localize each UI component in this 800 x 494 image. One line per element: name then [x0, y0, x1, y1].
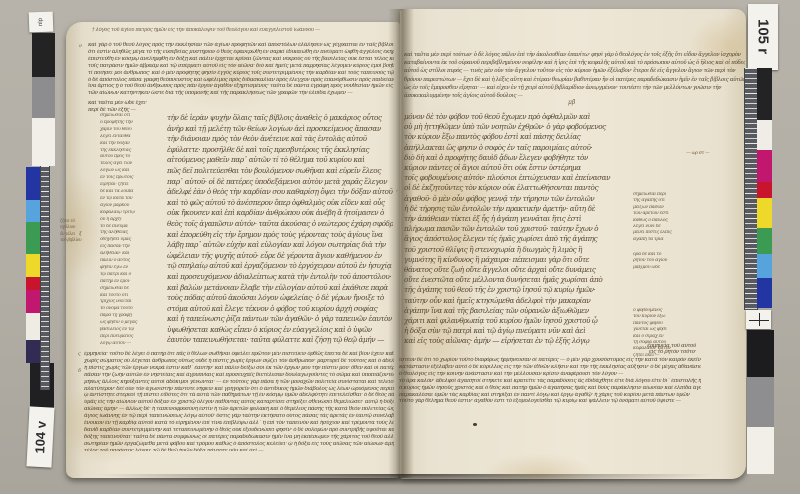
- text-line: ἐφύλαττε· προσῆλθε δὲ καὶ τοῖς πρεσβυτέρ…: [167, 145, 393, 156]
- text-line: τοῖς πατράσιν ἡμῶν ἀβραὰμ καὶ τῷ σπέρματ…: [88, 63, 394, 70]
- text-line: παρ᾽ αὐτοῦ· οἱ δὲ πατέρες ὑποδεξάμενοι α…: [167, 177, 393, 188]
- text-line: θάνατος οὔτε ζωὴ οὔτε ἄγγελοι οὔτε ἀρχαὶ…: [404, 265, 634, 275]
- right-margin-note-b: ὅρα δὲ καὶ τὸῥητὸν τοῦ ἁγίουμαξίμου ὧδε: [633, 252, 711, 273]
- color-chip: [757, 182, 772, 198]
- text-line: ἅγιος ἰωάννης ἐν τῷ περὶ ταπεινώσεως λόγ…: [84, 413, 394, 420]
- text-line: ὡς ἐν τοῖς ἔμπροσθεν εἴρηται· — καὶ εἶχε…: [404, 84, 745, 92]
- text-line: τοῦτο γὰρ θέλημα θεοῦ ἐστιν· ἀγαθόν ἐστι…: [399, 398, 701, 405]
- color-chip: [26, 200, 40, 222]
- text-line: ἀλήθειαν· καὶ: [100, 251, 170, 258]
- text-line: ἡ πίστις χωρὶς τῶν ἔργων νεκρά ἐστιν καθ…: [84, 365, 394, 372]
- text-line: τὸ δὲ πνεῦμα: [100, 224, 170, 231]
- text-line: καὶ τὸ φῶς αὐτοῦ τὸ ἀνέσπερον ὅπερ ὀφθαλ…: [167, 198, 393, 209]
- text-line: ὅτι ἐστὶν ἀληθῶς μέγα τὸ τῆς εὐσεβείας μ…: [88, 49, 394, 56]
- text-line: δαυὶδ καρδίαν συντετριμμένην καὶ τεταπει…: [84, 427, 394, 434]
- text-line: ταύτην οὖν καὶ ἡμεῖς κτησώμεθα ἀδελφοὶ τ…: [404, 296, 634, 306]
- text-line: καὶ ταῦτα μὲν περὶ τούτων· ὁ δὲ λόγος πά…: [404, 51, 745, 59]
- text-line: διὸ δὴ καὶ ὁ προφήτης δαυὶδ ᾄδων ἔλεγεν …: [404, 153, 634, 163]
- text-line: δόξης ταπεινοῦται· ταῦτα δὲ πάντα συμφών…: [84, 434, 394, 441]
- color-chip: [32, 33, 55, 77]
- text-line: χάριν τοῦ θεοῦ: [100, 127, 170, 134]
- color-chip: [747, 427, 774, 474]
- text-line: τὴν ἀπάθειαν τίκτει ἐξ ἧς ἡ ἀγάπη γεννᾶτ…: [404, 214, 634, 224]
- text-line: καὶ τὴν δόξαν: [100, 141, 170, 148]
- text-line: οὔτε ἐνεστῶτα οὔτε μέλλοντα δυνήσεται ἡμ…: [404, 275, 634, 285]
- text-line: τῷ πατρὶ καὶ ὁ: [100, 272, 170, 279]
- ink-dot: [473, 423, 477, 426]
- text-line: πλατύτερον· δεῖ οὖν τὸν ἀγωνιστὴν πάντοτ…: [84, 386, 394, 393]
- left-page-top-commentary: καὶ γὰρ ὁ τοῦ θεοῦ λόγος πρὸς τὴν ἐκκλησ…: [88, 42, 394, 100]
- text-line: εἰς τὸ ῥητὸν τοῦτο·: [612, 349, 696, 355]
- text-line: αὐτοῦ ὡς στῦλοι πυρός — τινὲς μὲν οὖν τὸ…: [404, 67, 745, 75]
- text-line: πατὴρ ἐν ἐμοί·: [100, 279, 170, 286]
- registration-crosshair: [746, 310, 771, 329]
- text-line: ὁ δὲ ἀπόστολος πᾶσα γραφὴ θεόπνευστος κα…: [88, 77, 394, 84]
- text-line: ὥς φησιν ὁ μέγας: [100, 320, 170, 327]
- text-line: μαξίμου ὧδε: [633, 265, 711, 271]
- left-page-top-commentary-tail: καὶ ταῦτα μὲν ὧδε ἔχει·περὶ δὲ τῶν ἑξῆς …: [88, 100, 208, 114]
- section-number-mark: μβ: [568, 99, 575, 106]
- text-line: ὁ κύριος ἡμῶν ἰησοῦς χριστὸς καὶ ὁ θεὸς …: [399, 385, 701, 392]
- text-line: ἐν τῷ κατὰ τὸν: [100, 196, 170, 203]
- text-line: παρὰ τῇ γραφῇ: [100, 313, 170, 320]
- text-line: τῷ σπηλαίῳ αὐτοῦ καὶ ἐργαζόμενον τὸ ἐργό…: [167, 261, 393, 272]
- text-line: ὁδηγήσει ὑμᾶς: [100, 237, 170, 244]
- text-line: τῆς ἀγάπης τοῦ θεοῦ τῆς ἐν χριστῷ ἰησοῦ …: [404, 285, 634, 295]
- text-line: τῆς ἐκκλησίας: [100, 148, 170, 155]
- text-line: φησὶν ἐγὼ ἐν: [100, 265, 170, 272]
- folio-label-recto: 105 r: [748, 4, 778, 70]
- text-line: τοῖς φοβουμένοις αὐτόν· πλούσιοι ἐπτώχευ…: [404, 173, 634, 183]
- text-line: ἡ δόξα σὺν τῷ πατρὶ καὶ τῷ ἁγίῳ πνεύματι…: [404, 326, 634, 336]
- text-line: τοῦ βιβλίου: [60, 237, 100, 243]
- text-line: σημείωσαι δὲ: [100, 286, 170, 293]
- text-line: ἀγάπη τὰ τρία: [633, 237, 741, 243]
- color-chips-left: [26, 167, 40, 363]
- color-chip: [757, 254, 772, 278]
- text-line: τί ποιήσει μοι ἄνθρωπος· καὶ ὁ μὲν προφή…: [88, 70, 394, 77]
- grayscale-chips-left: [32, 33, 55, 166]
- text-line: ἐπιστεύθη ἐν κόσμῳ ἀνελήμφθη ἐν δόξῃ καὶ…: [88, 56, 394, 63]
- text-line: καταβαίνοντα ἐκ τοῦ οὐρανοῦ περιβεβλημέν…: [404, 59, 745, 67]
- text-line: μόνον δὲ τὸν φόβον τοῦ θεοῦ ἔχωμεν πρὸ ὀ…: [404, 112, 634, 122]
- book-bottom-shadow: [58, 474, 750, 488]
- text-line: ὠφέλειαν τῆς ψυχῆς αὐτοῦ· εὗρε δὲ γέροντ…: [167, 251, 393, 262]
- text-line: ὁ προφήτης τὴν: [100, 120, 170, 127]
- text-line: βασίλειος ἐν τῷ: [100, 327, 170, 334]
- color-chip: [757, 150, 772, 182]
- color-chip: [26, 290, 40, 313]
- text-line: οὗ ἡ ἀρχή·: [100, 217, 170, 224]
- text-line: κατάστασιν ἐξέλαβεν αὐτό ὁ δὲ κύριλλος ε…: [399, 364, 701, 371]
- text-line: λάβῃ παρ᾽ αὐτῶν εὐχὴν καὶ εὐλογίαν καὶ λ…: [167, 240, 393, 251]
- text-line: τέλος ἄγει τῶν: [100, 161, 170, 168]
- text-line: πᾶσαν τὴν ζωὴν αὐτῶν ἐν νηστείαις καὶ ἀγ…: [84, 372, 394, 379]
- color-chip: [747, 377, 774, 427]
- text-line: ἑαυτὸν ταπεινωθήσεται· ταῦτα φύλαττε καὶ…: [167, 335, 393, 346]
- text-line: χάριτι καὶ φιλανθρωπίᾳ τοῦ κυρίου ἡμῶν ἰ…: [404, 316, 634, 326]
- text-line: κύριον πάντες οἱ ἅγιοι αὐτοῦ ὅτι οὐκ ἔστ…: [404, 163, 634, 173]
- left-margin-mark-4: δ: [78, 368, 81, 374]
- text-line: σημείωσαι ὅτι: [100, 113, 170, 120]
- text-line: ἔνοικον ἐν τῇ καρδίᾳ αὐτοῦ κατὰ τὸ εἰρημ…: [84, 420, 394, 427]
- left-margin-mark-3: ϛ: [78, 351, 81, 357]
- color-chip: [32, 118, 55, 166]
- text-line: γυμνότης ἢ κίνδυνος ἢ μάχαιρα· πέπεισμαι…: [404, 255, 634, 265]
- text-line: λόγῳ αὐτοῦ —: [100, 341, 170, 348]
- text-line: τὴν διάνοιαν πρὸς τὸν θεὸν ἀνέτεινε καὶ …: [167, 134, 393, 145]
- color-chip: [32, 77, 55, 118]
- text-line: εἰς πᾶσαν τὴν: [100, 244, 170, 251]
- text-line: τοὺς πόδας αὐτοῦ ἀκοῦσαι λόγον ὠφελείας·…: [167, 293, 393, 304]
- text-line: πλήρωμα πασῶν τῶν ἐντολῶν τοῦ χριστοῦ· τ…: [404, 224, 634, 234]
- color-chip: [757, 198, 772, 228]
- text-line: ὁ θεολόγος εἰς τὴν κοινὴν ἀνάστασιν καὶ …: [399, 371, 701, 378]
- text-line: πῶς δεῖ πολιτεύεσθαι τὸν βουλόμενον σωθῆ…: [167, 166, 393, 177]
- text-line: στόμα αὐτοῦ καὶ ἔλεγε τέκνον ὁ φόβος τοῦ…: [167, 304, 393, 315]
- left-page-margin-scholia: σημείωσαι ὅτιὁ προφήτης τὴνχάριν τοῦ θεο…: [100, 113, 170, 349]
- text-line: μήπως ἄλλοις κηρύξαντες αὐτοὶ ἀδόκιμοι γ…: [84, 379, 394, 386]
- text-line: καὶ ταῦτα μὲν ὧδε ἔχει·: [88, 100, 208, 107]
- text-line: ἐν τοῖς πρώτοις: [100, 175, 170, 182]
- text-line: θρόνον παρεστώτων — ἔχει δὲ καὶ ἡ λέξις …: [404, 76, 745, 84]
- color-chip: [757, 278, 772, 308]
- text-line: ἀγάπην ἵνα καὶ τῆς βασιλείας τῶν οὐρανῶν…: [404, 306, 634, 316]
- text-line: τῶν αἰώνων κατήντηκεν ὥστε διὰ τῆς ὑπομο…: [88, 90, 394, 97]
- color-chip: [26, 254, 40, 277]
- text-line: τὴν δὲ ἱερὰν ψυχὴν ὅλαις ταῖς βίβλοις ἀν…: [167, 113, 393, 124]
- left-page-bottom-commentary: ἑρμηνεία· τοῦτο δὲ λέγει ὁ πατὴρ ὅτι πᾶς…: [84, 351, 394, 451]
- folio-label-verso: 104 v: [26, 406, 54, 467]
- folio-label-recto-text: 105 r: [755, 19, 772, 54]
- text-line: ἀνὴρ καὶ τῇ μελέτῃ τῶν θείων λογίων ἀεὶ …: [167, 124, 393, 135]
- text-line: καὶ βαλὼν μετάνοιαν ἔλαβε τὴν εὐλογίαν α…: [167, 283, 393, 294]
- text-line: τοῦ χριστοῦ θλῖψις ἢ στενοχωρία ἢ διωγμὸ…: [404, 245, 634, 255]
- text-line: οἱ δὲ ἐκζητοῦντες τὸν κύριον οὐκ ἐλαττωθ…: [404, 183, 634, 193]
- text-line: ὑψωθήσεται καθὼς εἶπεν ὁ κύριος ἐν εὐαγγ…: [167, 325, 393, 336]
- text-line: λέγει ἐνταῦθα: [100, 134, 170, 141]
- text-line: χωρὶς σώματος οὐ λέγεται ἄνθρωπος οὕτως …: [84, 358, 394, 365]
- grayscale-chips-right: [747, 330, 774, 474]
- right-page-bottom-commentary: ἰστέον δὲ ὅτι τὸ χωρίον τοῦτο διαφόρως ἡ…: [399, 357, 701, 405]
- color-chip: [26, 222, 40, 254]
- paragraph-mark: ⸗: [396, 188, 398, 194]
- text-line: τὸ ὄνομα τοῦτο: [100, 306, 170, 313]
- text-line: εἴρηται· ζήτει: [100, 182, 170, 189]
- text-line: δὲ καὶ τὰ λοιπὰ: [100, 189, 170, 196]
- manuscript-photo: † λόγος τοῦ ἁγίου πατρὸς ἡμῶν εἰς τὴν ἀπ…: [0, 0, 800, 494]
- color-chips-right: [757, 68, 772, 308]
- left-page-main-text: τὴν δὲ ἱερὰν ψυχὴν ὅλαις ταῖς βίβλοις ἀν…: [167, 113, 393, 347]
- shelfmark-sticker: nlp: [29, 12, 54, 33]
- text-line: ἀπήλλακται ὥς φησιν ὁ σοφὸς ἐν ταῖς παρο…: [404, 143, 634, 153]
- text-line: λόγων ὡς καὶ: [100, 168, 170, 175]
- folio-label-verso-text: 104 v: [32, 420, 49, 453]
- color-chip: [757, 120, 772, 150]
- text-line: ὑμᾶς εἰς τὴν αἰώνιον αὐτοῦ δόξαν ἐν χρισ…: [84, 399, 394, 406]
- text-line: ἀγαθοῦ· ὁ μὲν οὖν φόβος γεννᾷ τὴν τήρησι…: [404, 194, 634, 204]
- text-line: ἑρμηνεία· τοῦτο δὲ λέγει ὁ πατὴρ ὅτι πᾶς…: [84, 351, 394, 358]
- text-line: αἰτούμενος μαθεῖν παρ᾽ αὐτῶν τί τὸ θέλημ…: [167, 155, 393, 166]
- text-line: ᾧ ἀντίστητε στερεοὶ τῇ πίστει εἰδότες ὅτ…: [84, 392, 394, 399]
- ruler-left: [40, 166, 50, 390]
- text-line: περὶ πνεύματος: [100, 334, 170, 341]
- left-page-heading: † λόγος τοῦ ἁγίου πατρὸς ἡμῶν εἰς τὴν ἀπ…: [92, 27, 354, 36]
- right-page-main-text: μόνον δὲ τὸν φόβον τοῦ θεοῦ ἔχωμεν πρὸ ὀ…: [404, 112, 634, 348]
- right-page-bottom-intro: ἑρμηνεία τοῦ αὐτοῦεἰς τὸ ῥητὸν τοῦτο·: [612, 343, 696, 356]
- text-line: τὸν κύριον ἔξω παντὸς φόβου ἐστὶ καὶ πάσ…: [404, 132, 634, 142]
- text-line: τῆς ἀληθείας: [100, 230, 170, 237]
- shelfmark-sticker-text: nlp: [38, 18, 44, 26]
- text-line: ἀδελφέ ἐὰν ὁ θεὸς τὴν καρδίαν σου καθαρί…: [167, 187, 393, 198]
- color-chip: [26, 167, 40, 200]
- text-line: κεφαλαίῳ τρίτῳ: [100, 210, 170, 217]
- text-line: οὐ μὴ ἡττηθῶμεν ὑπὸ τῶν νοητῶν ἐχθρῶν· ὁ…: [404, 122, 634, 132]
- right-margin-note-a: σημείωσαι περὶτῆς ἀγάπης ὅτιμείζων πασῶν…: [633, 192, 741, 244]
- text-line: καὶ ἡ ταπείνωσις ῥίζα πάντων τῶν ἀγαθῶν·…: [167, 314, 393, 325]
- text-line: πάλιν ὁ αὐτὸς: [100, 258, 170, 265]
- text-line: ἡ δὲ τήρησις τῶν ἐντολῶν τὴν πρακτικὴν ἀ…: [404, 204, 634, 214]
- text-line: ἵνα ἄρτιος ᾖ ὁ τοῦ θεοῦ ἄνθρωπος πρὸς πᾶ…: [88, 83, 394, 90]
- color-chip: [747, 330, 774, 377]
- right-margin-squiggle-note: — ὡρ στ —: [686, 151, 742, 159]
- right-page-top-commentary: καὶ ταῦτα μὲν περὶ τούτων· ὁ δὲ λόγος πά…: [404, 51, 745, 101]
- text-line: τὸ ἄρα καλόν· ἀδελφοὶ ἀγαπητοί στήκετε κ…: [399, 378, 701, 385]
- text-line: ἅγιον μάρκου: [100, 203, 170, 210]
- left-margin-mark-1: ν: [79, 43, 82, 49]
- color-chip: [757, 228, 772, 254]
- ruler-right: [744, 68, 758, 310]
- text-line: παρακαλέσαι ὑμῶν τὰς καρδίας καὶ στηρίξα…: [399, 392, 701, 399]
- color-chip: [757, 68, 772, 120]
- text-line: τέλος τοῦ παρόντος λόγου· τῷ δὲ θεῷ ἡμῶν…: [84, 448, 394, 451]
- text-line: αὐτοῦ πρὸς τὸ: [100, 154, 170, 161]
- text-line: καὶ γὰρ ὁ τοῦ θεοῦ λόγος πρὸς τὴν ἐκκλησ…: [88, 42, 394, 49]
- text-line: θεὸς τοῖς ἀγαπῶσιν αὐτόν· ταῦτα ἀκούσας …: [167, 219, 393, 230]
- text-line: καὶ εἰς τοὺς αἰῶνας· ἀμήν — εἰρήσεται ἐν…: [404, 336, 634, 346]
- text-line: τριχῶς νοεῖται: [100, 299, 170, 306]
- left-margin-mark-2: ξ: [79, 231, 82, 237]
- color-chip: [26, 277, 40, 290]
- text-line: † λόγος τοῦ ἁγίου πατρὸς ἡμῶν εἰς τὴν ἀπ…: [92, 27, 354, 34]
- text-line: οὐκ ἤκουσεν καὶ ἐπὶ καρδίαν ἀνθρώπου οὐκ…: [167, 208, 393, 219]
- text-line: καὶ ἐπορεύθη εἰς τὴν ἔρημον πρὸς τοὺς γέ…: [167, 230, 393, 241]
- color-chip: [26, 313, 40, 340]
- text-line: ἰστέον δὲ ὅτι τὸ χωρίον τοῦτο διαφόρως ἡ…: [399, 357, 701, 364]
- text-line: καὶ προσευχόμενον ἀδιαλείπτως κατὰ τὴν ἐ…: [167, 272, 393, 283]
- text-line: ἅγιος ἀπόστολος ἔλεγεν τίς ἡμᾶς χωρίσει …: [404, 234, 634, 244]
- color-chip: [26, 340, 40, 363]
- text-line: σωτηρίαν ἡμῶν ἐργαζώμεθα μετὰ φόβου καὶ …: [84, 441, 394, 448]
- text-line: καὶ τοῦτο ὅτι: [100, 293, 170, 300]
- text-line: αἰῶνας ἀμήν· — ἄλλως δέ· ἡ ταπεινοφροσύν…: [84, 406, 394, 413]
